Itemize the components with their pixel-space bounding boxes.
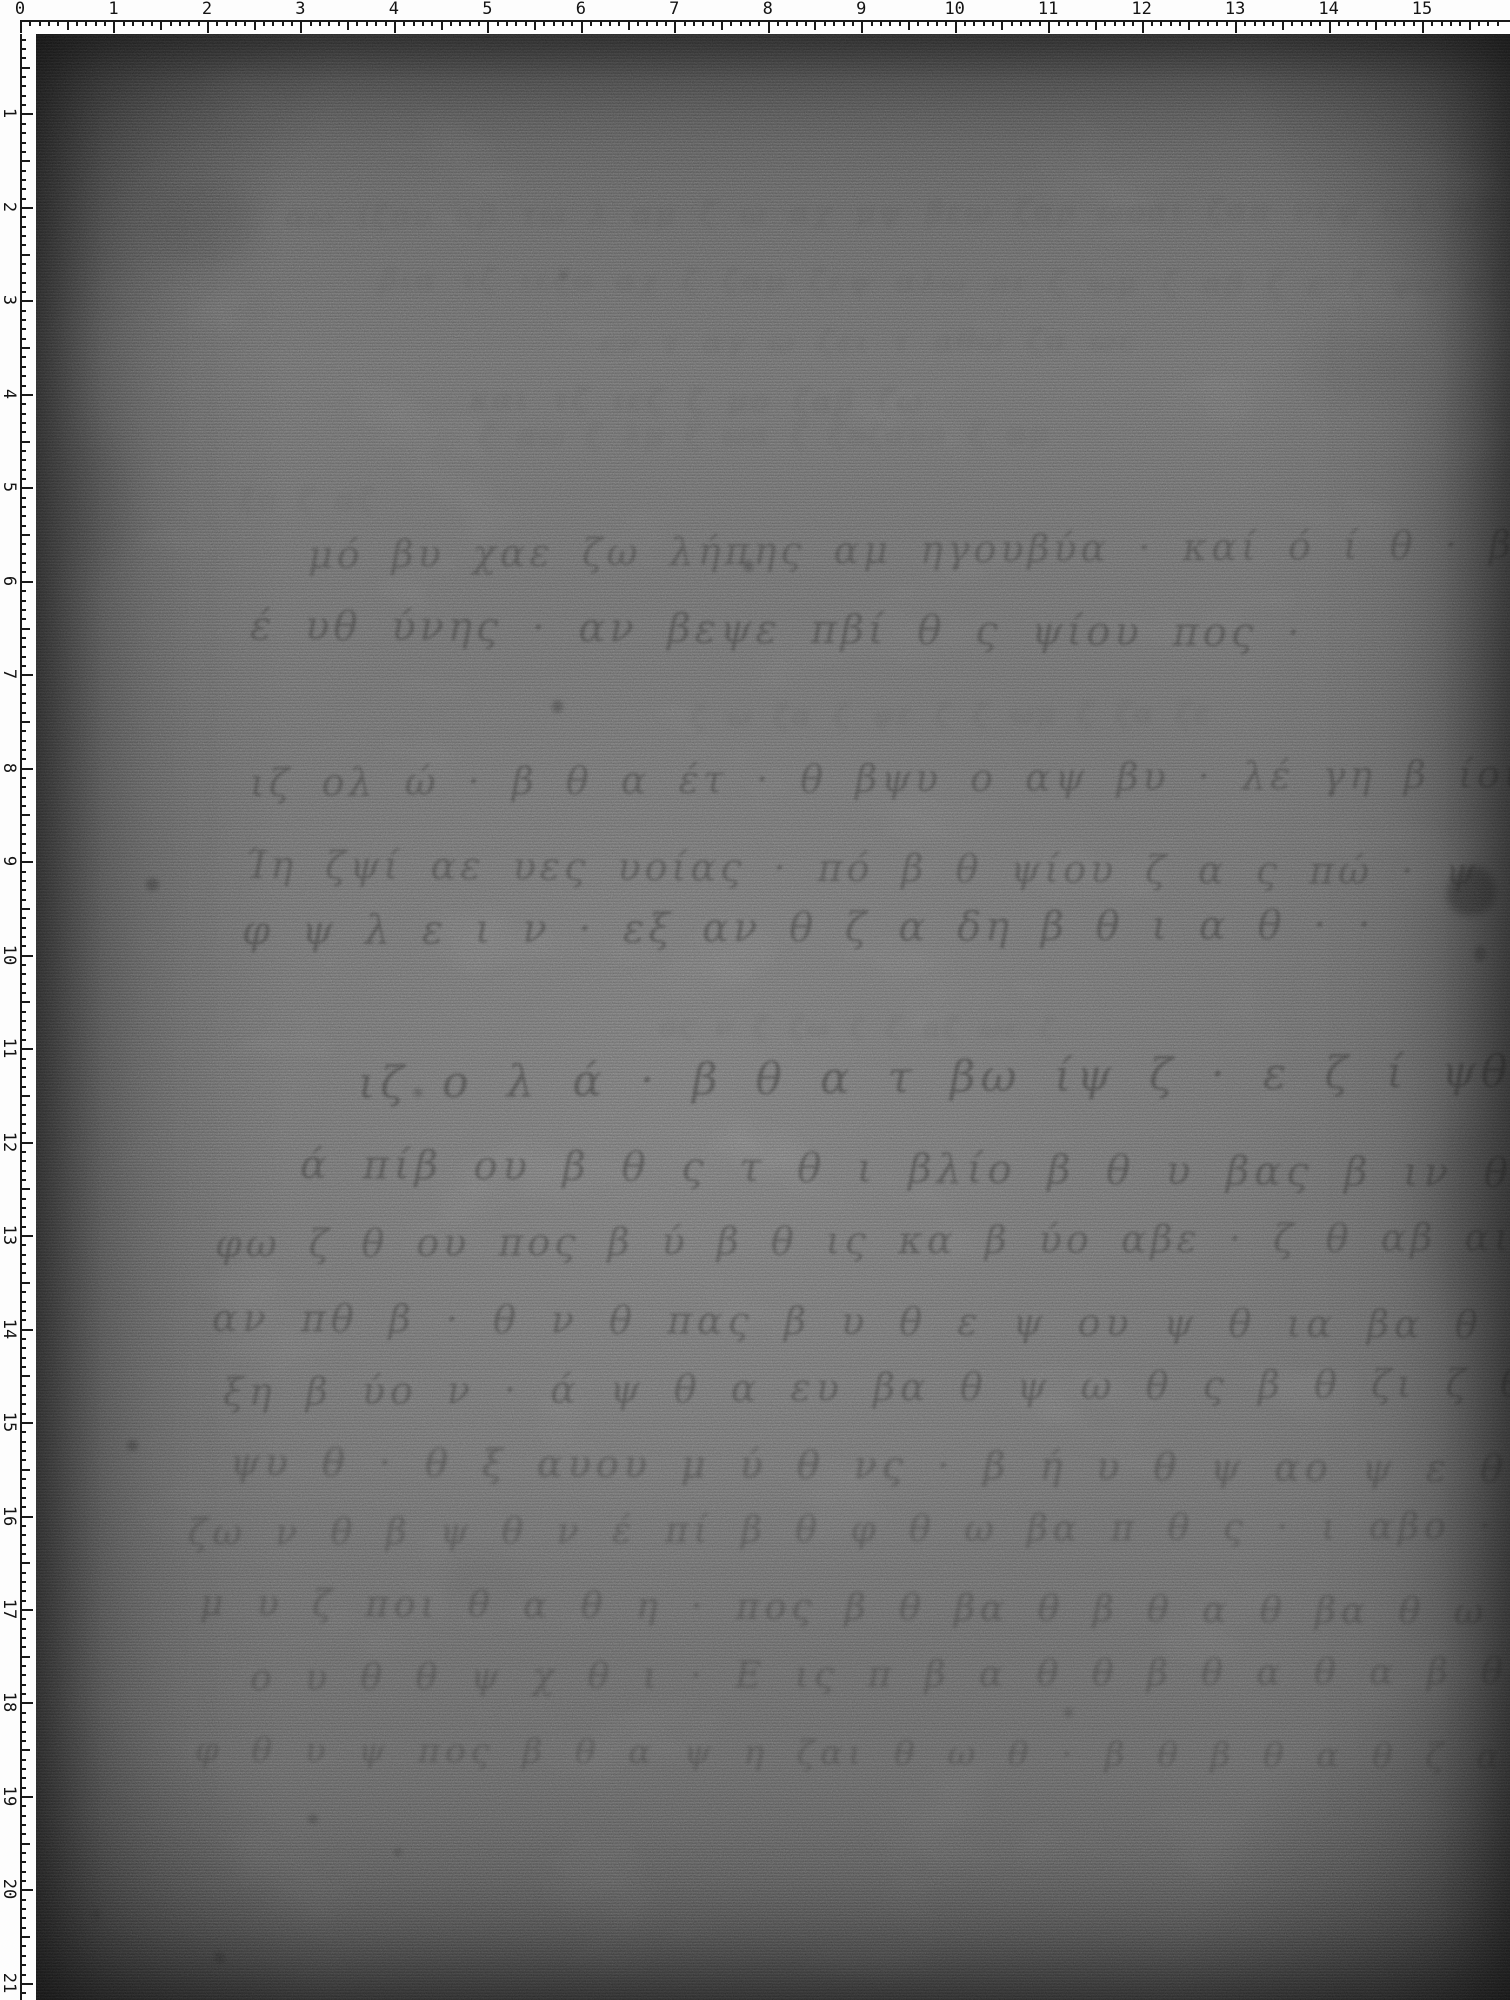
ruler-tick bbox=[20, 104, 26, 106]
ruler-tick bbox=[20, 478, 26, 480]
ruler-tick bbox=[20, 1403, 26, 1405]
paper-smudge bbox=[430, 1560, 520, 1620]
ruler-tick bbox=[899, 20, 901, 26]
ruler-tick bbox=[20, 712, 26, 714]
ink-blot bbox=[1443, 861, 1502, 921]
ink-blot bbox=[414, 1088, 422, 1097]
ruler-tick bbox=[20, 768, 33, 770]
ruler-tick bbox=[328, 20, 330, 26]
ruler-tick bbox=[20, 469, 26, 471]
ruler-tick bbox=[1497, 20, 1499, 26]
ruler-tick bbox=[20, 198, 26, 200]
ruler-tick bbox=[20, 170, 26, 172]
ruler-tick bbox=[20, 1170, 26, 1172]
ruler-tick bbox=[20, 1497, 26, 1499]
ruler-tick bbox=[20, 637, 26, 639]
ruler-tick bbox=[1086, 20, 1088, 26]
ruler-number: 4 bbox=[0, 374, 18, 414]
ruler-tick bbox=[674, 20, 676, 33]
ruler-tick bbox=[20, 282, 26, 284]
ruler-tick bbox=[20, 1282, 30, 1284]
ruler-tick bbox=[20, 1992, 26, 1994]
ruler-number: 15 bbox=[0, 1402, 18, 1442]
ruler-tick bbox=[20, 1001, 30, 1003]
ruler-tick bbox=[20, 1936, 30, 1938]
ruler-number: 8 bbox=[748, 0, 788, 19]
paper-smudge bbox=[60, 430, 130, 570]
ruler-tick bbox=[188, 20, 190, 26]
ruler-tick bbox=[20, 1768, 26, 1770]
ruler-tick bbox=[20, 1590, 26, 1592]
ruler-tick bbox=[712, 20, 714, 26]
manuscript-photo: αω ίζου αβ τω λ αμ ζ ω αχ μψ βεω ζαρ ωοα… bbox=[36, 34, 1510, 2000]
ruler-tick bbox=[796, 20, 798, 26]
ruler-tick bbox=[20, 992, 26, 994]
left-ruler: 123456789101112131415161718192021 bbox=[0, 0, 36, 2000]
ruler-tick bbox=[665, 20, 667, 26]
ruler-tick bbox=[646, 20, 648, 26]
ruler-tick bbox=[20, 356, 26, 358]
ruler-tick bbox=[637, 20, 639, 26]
ruler-tick bbox=[955, 20, 957, 33]
ruler-tick bbox=[20, 1319, 26, 1321]
ruler-tick bbox=[927, 20, 929, 26]
ruler-tick bbox=[553, 20, 555, 26]
ruler-tick bbox=[1011, 20, 1013, 26]
ruler-tick bbox=[805, 20, 807, 26]
ruler-tick bbox=[1198, 20, 1200, 26]
ruler-tick bbox=[20, 600, 26, 602]
ruler-tick bbox=[422, 20, 424, 26]
ruler-tick bbox=[20, 1160, 26, 1162]
ruler-tick bbox=[1029, 20, 1031, 26]
ruler-number: 12 bbox=[1122, 0, 1162, 19]
ruler-number: 3 bbox=[0, 280, 18, 320]
ruler-tick bbox=[1104, 20, 1106, 26]
ruler-number: 0 bbox=[0, 0, 40, 19]
ruler-tick bbox=[20, 1207, 26, 1209]
paper-smudge bbox=[150, 186, 260, 266]
ruler-tick bbox=[20, 310, 26, 312]
ruler-tick bbox=[515, 20, 517, 26]
ruler-tick bbox=[151, 20, 153, 26]
ruler-tick bbox=[198, 20, 200, 26]
ruler-tick bbox=[20, 1637, 26, 1639]
ruler-tick bbox=[1329, 20, 1331, 33]
ruler-number: 10 bbox=[0, 935, 18, 975]
ruler-tick bbox=[1001, 20, 1003, 30]
ruler-tick bbox=[20, 1833, 26, 1835]
ruler-tick bbox=[20, 1796, 33, 1798]
ruler-tick bbox=[693, 20, 695, 26]
ruler-tick bbox=[20, 1076, 26, 1078]
ruler-number: 9 bbox=[0, 841, 18, 881]
ruler-tick bbox=[20, 571, 26, 573]
ruler-tick bbox=[20, 1674, 26, 1676]
ruler-tick bbox=[20, 805, 26, 807]
ruler-tick bbox=[20, 441, 30, 443]
ruler-tick bbox=[20, 964, 26, 966]
ruler-number: 18 bbox=[0, 1682, 18, 1722]
ink-blot bbox=[394, 1848, 402, 1856]
ruler-tick bbox=[20, 590, 26, 592]
ruler-tick bbox=[20, 300, 33, 302]
ruler-tick bbox=[20, 1235, 33, 1237]
ruler-tick bbox=[20, 814, 30, 816]
ruler-tick bbox=[20, 1011, 26, 1013]
ink-blot bbox=[146, 878, 159, 891]
ruler-tick bbox=[20, 674, 33, 676]
ruler-tick bbox=[1347, 20, 1349, 26]
ruler-tick bbox=[1487, 20, 1489, 26]
ruler-tick bbox=[20, 917, 26, 919]
ruler-tick bbox=[1076, 20, 1078, 26]
ruler-tick bbox=[628, 20, 630, 30]
ruler-tick bbox=[20, 1151, 26, 1153]
ruler-tick bbox=[20, 1095, 30, 1097]
ruler-tick bbox=[20, 1702, 33, 1704]
ruler-tick bbox=[20, 861, 33, 863]
ruler-tick bbox=[20, 506, 26, 508]
ruler-tick bbox=[1179, 20, 1181, 26]
ruler-tick bbox=[20, 843, 26, 845]
ruler-tick bbox=[20, 684, 26, 686]
ruler-tick bbox=[20, 1263, 26, 1265]
ruler-tick bbox=[20, 1908, 26, 1910]
ruler-tick bbox=[1459, 20, 1461, 26]
ruler-tick bbox=[20, 1927, 26, 1929]
ruler-tick bbox=[20, 1385, 26, 1387]
ruler-tick bbox=[20, 758, 26, 760]
ruler-tick bbox=[431, 20, 433, 26]
ruler-tick bbox=[20, 1871, 26, 1873]
ruler-tick bbox=[20, 1394, 26, 1396]
ruler-tick bbox=[20, 422, 26, 424]
ruler-tick bbox=[20, 48, 26, 50]
ruler-tick bbox=[861, 20, 863, 33]
ruler-tick bbox=[487, 20, 489, 33]
ruler-tick bbox=[20, 216, 26, 218]
ruler-tick bbox=[20, 1366, 26, 1368]
ruler-number: 7 bbox=[0, 654, 18, 694]
ruler-tick bbox=[20, 450, 26, 452]
ruler-tick bbox=[20, 431, 26, 433]
ruler-tick bbox=[20, 57, 26, 59]
ruler-number: 1 bbox=[0, 93, 18, 133]
ruler-tick bbox=[20, 871, 26, 873]
ruler-tick bbox=[441, 20, 443, 30]
ruler-tick bbox=[562, 20, 564, 26]
ruler-number: 1 bbox=[93, 0, 133, 19]
ruler-tick bbox=[20, 955, 33, 957]
ruler-tick bbox=[20, 1945, 26, 1947]
ruler-tick bbox=[20, 1254, 26, 1256]
ruler-tick bbox=[20, 403, 26, 405]
ruler-tick bbox=[226, 20, 228, 26]
ruler-tick bbox=[1422, 20, 1424, 33]
ruler-tick bbox=[20, 1114, 26, 1116]
ruler-tick bbox=[1244, 20, 1246, 26]
ruler-tick bbox=[20, 1964, 26, 1966]
ruler-tick bbox=[20, 20, 22, 33]
ruler-tick bbox=[20, 67, 30, 69]
ruler-tick bbox=[347, 20, 349, 30]
ruler-tick bbox=[758, 20, 760, 26]
ink-blot bbox=[744, 560, 753, 572]
ruler-tick bbox=[1235, 20, 1237, 33]
ruler-tick bbox=[964, 20, 966, 26]
ruler-tick bbox=[20, 628, 30, 630]
ink-blot bbox=[214, 1952, 225, 1963]
ink-blots-layer bbox=[36, 34, 1510, 2000]
ruler-tick bbox=[20, 1740, 26, 1742]
ruler-tick bbox=[20, 1188, 30, 1190]
ruler-number: 20 bbox=[0, 1869, 18, 1909]
ruler-tick bbox=[263, 20, 265, 26]
ruler-tick bbox=[20, 1216, 26, 1218]
ruler-tick bbox=[1142, 20, 1144, 33]
ruler-tick bbox=[1375, 20, 1377, 30]
ruler-tick bbox=[1338, 20, 1340, 26]
ruler-tick bbox=[20, 1347, 26, 1349]
ruler-tick bbox=[20, 1656, 30, 1658]
ruler-tick bbox=[179, 20, 181, 26]
ruler-tick bbox=[1058, 20, 1060, 26]
ruler-tick bbox=[20, 525, 26, 527]
ruler-tick bbox=[20, 413, 26, 415]
ruler-tick bbox=[20, 366, 26, 368]
ink-blot bbox=[1064, 1708, 1073, 1717]
ruler-tick bbox=[478, 20, 480, 26]
ruler-tick bbox=[20, 375, 26, 377]
ruler-tick bbox=[20, 1544, 26, 1546]
ruler-number: 4 bbox=[374, 0, 414, 19]
ruler-tick bbox=[497, 20, 499, 26]
ruler-tick bbox=[20, 618, 26, 620]
ruler-tick bbox=[1160, 20, 1162, 26]
ruler-tick bbox=[20, 1955, 26, 1957]
ruler-tick bbox=[20, 796, 26, 798]
ruler-tick bbox=[581, 20, 583, 33]
ruler-tick bbox=[20, 1721, 26, 1723]
ruler-tick bbox=[1469, 20, 1471, 30]
ruler-tick bbox=[20, 1777, 26, 1779]
ruler-tick bbox=[20, 347, 30, 349]
ruler-tick bbox=[20, 1861, 26, 1863]
ruler-tick bbox=[132, 20, 134, 26]
ruler-tick bbox=[95, 20, 97, 26]
ruler-tick bbox=[20, 973, 26, 975]
ruler-tick bbox=[20, 235, 26, 237]
ruler-tick bbox=[1478, 20, 1480, 26]
ruler-tick bbox=[20, 908, 30, 910]
ruler-tick bbox=[39, 20, 41, 26]
ruler-tick bbox=[20, 188, 26, 190]
ruler-tick bbox=[20, 646, 26, 648]
ruler-tick bbox=[20, 665, 26, 667]
ruler-tick bbox=[852, 20, 854, 26]
ruler-tick bbox=[20, 1731, 26, 1733]
ruler-tick bbox=[20, 730, 26, 732]
ruler-number: 2 bbox=[0, 187, 18, 227]
ruler-tick bbox=[20, 1375, 30, 1377]
ruler-tick bbox=[1441, 20, 1443, 26]
ruler-tick bbox=[20, 226, 26, 228]
ruler-tick bbox=[20, 1357, 26, 1359]
ruler-tick bbox=[1254, 20, 1256, 26]
ruler-tick bbox=[20, 1450, 26, 1452]
ruler-tick bbox=[160, 20, 162, 30]
ruler-tick bbox=[609, 20, 611, 26]
ruler-tick bbox=[824, 20, 826, 26]
ruler-tick bbox=[534, 20, 536, 30]
ruler-tick bbox=[20, 1441, 26, 1443]
ruler-tick bbox=[618, 20, 620, 26]
ruler-tick bbox=[1357, 20, 1359, 26]
ruler-tick bbox=[244, 20, 246, 26]
ruler-number: 14 bbox=[1309, 0, 1349, 19]
ruler-tick bbox=[20, 1272, 26, 1274]
ruler-tick bbox=[1431, 20, 1433, 26]
ruler-tick bbox=[702, 20, 704, 26]
ruler-number: 8 bbox=[0, 748, 18, 788]
ruler-tick bbox=[590, 20, 592, 26]
ruler-tick bbox=[20, 852, 26, 854]
ruler-tick bbox=[20, 263, 26, 265]
ruler-tick bbox=[403, 20, 405, 26]
ruler-tick bbox=[20, 1759, 26, 1761]
ruler-tick bbox=[1413, 20, 1415, 26]
ruler-tick bbox=[1366, 20, 1368, 26]
ruler-tick bbox=[20, 543, 26, 545]
ruler-number: 13 bbox=[1215, 0, 1255, 19]
ruler-tick bbox=[20, 1029, 26, 1031]
ruler-tick bbox=[20, 1020, 26, 1022]
ruler-tick bbox=[1048, 20, 1050, 33]
ruler-tick bbox=[20, 328, 26, 330]
ink-blot bbox=[127, 1440, 138, 1451]
paper-smudge bbox=[1420, 1120, 1510, 1300]
ruler-tick bbox=[20, 1132, 26, 1134]
ruler-number: 3 bbox=[280, 0, 320, 19]
ruler-tick bbox=[291, 20, 293, 26]
ruler-tick bbox=[1319, 20, 1321, 26]
ruler-tick bbox=[20, 1506, 26, 1508]
ruler-tick bbox=[20, 1749, 30, 1751]
ruler-tick bbox=[20, 740, 26, 742]
ruler-tick bbox=[385, 20, 387, 26]
ruler-tick bbox=[20, 1413, 26, 1415]
ruler-tick bbox=[57, 20, 59, 26]
ruler-tick bbox=[67, 20, 69, 30]
ruler-tick bbox=[1310, 20, 1312, 26]
ruler-tick bbox=[20, 1665, 26, 1667]
ruler-tick bbox=[20, 1824, 26, 1826]
ruler-tick bbox=[908, 20, 910, 30]
ink-blot bbox=[1474, 946, 1486, 962]
ruler-tick bbox=[20, 1787, 26, 1789]
ruler-tick bbox=[20, 1618, 26, 1620]
ruler-number: 12 bbox=[0, 1122, 18, 1162]
ruler-tick bbox=[20, 581, 33, 583]
ruler-tick bbox=[20, 1198, 26, 1200]
ruler-tick bbox=[917, 20, 919, 26]
ruler-tick bbox=[20, 1431, 26, 1433]
ruler-tick bbox=[450, 20, 452, 26]
top-ruler: 0123456789101112131415 bbox=[0, 0, 1510, 34]
ruler-tick bbox=[20, 1880, 26, 1882]
ruler-tick bbox=[20, 39, 26, 41]
ruler-tick bbox=[123, 20, 125, 26]
ruler-tick bbox=[656, 20, 658, 26]
ruler-tick bbox=[20, 833, 26, 835]
ruler-tick bbox=[20, 1974, 26, 1976]
ruler-tick bbox=[684, 20, 686, 26]
ruler-tick bbox=[20, 1123, 26, 1125]
ruler-tick bbox=[300, 20, 302, 33]
ruler-tick bbox=[20, 459, 26, 461]
ink-blot bbox=[552, 700, 563, 713]
ruler-tick bbox=[20, 1646, 26, 1648]
ruler-tick bbox=[20, 207, 33, 209]
ruler-number: 10 bbox=[935, 0, 975, 19]
ruler-tick bbox=[20, 1600, 26, 1602]
ruler-number: 16 bbox=[0, 1496, 18, 1536]
ruler-tick bbox=[20, 394, 33, 396]
ruler-tick bbox=[786, 20, 788, 26]
ruler-tick bbox=[29, 20, 31, 26]
ruler-tick bbox=[375, 20, 377, 26]
ruler-tick bbox=[20, 1553, 26, 1555]
ruler-tick bbox=[20, 76, 26, 78]
ruler-tick bbox=[20, 1983, 33, 1985]
ruler-tick bbox=[20, 1889, 33, 1891]
ruler-number: 19 bbox=[0, 1776, 18, 1816]
ruler-tick bbox=[768, 20, 770, 33]
ruler-tick bbox=[20, 1525, 26, 1527]
ruler-tick bbox=[20, 1301, 26, 1303]
ruler-tick bbox=[20, 1058, 26, 1060]
ruler-tick bbox=[1263, 20, 1265, 26]
ruler-tick bbox=[1132, 20, 1134, 26]
ruler-tick bbox=[20, 1843, 30, 1845]
ink-blot bbox=[560, 272, 568, 280]
ruler-tick bbox=[973, 20, 975, 26]
ruler-tick bbox=[20, 1039, 26, 1041]
ruler-tick bbox=[20, 1179, 26, 1181]
ruler-tick bbox=[20, 1478, 26, 1480]
ruler-tick bbox=[20, 179, 26, 181]
ruler-tick bbox=[20, 497, 26, 499]
ruler-tick bbox=[20, 244, 26, 246]
ruler-tick bbox=[20, 1142, 33, 1144]
ruler-tick bbox=[20, 786, 26, 788]
ruler-tick bbox=[20, 1329, 33, 1331]
ruler-tick bbox=[20, 95, 26, 97]
ruler-tick bbox=[525, 20, 527, 26]
ruler-tick bbox=[20, 487, 33, 489]
ruler-tick bbox=[1385, 20, 1387, 26]
ruler-tick bbox=[814, 20, 816, 30]
ruler-tick bbox=[600, 20, 602, 26]
ruler-tick bbox=[1403, 20, 1405, 26]
ruler-tick bbox=[20, 1562, 30, 1564]
ruler-tick bbox=[20, 1086, 26, 1088]
ruler-tick bbox=[76, 20, 78, 26]
ruler-tick bbox=[413, 20, 415, 26]
ruler-tick bbox=[1170, 20, 1172, 26]
ruler-tick bbox=[1151, 20, 1153, 26]
